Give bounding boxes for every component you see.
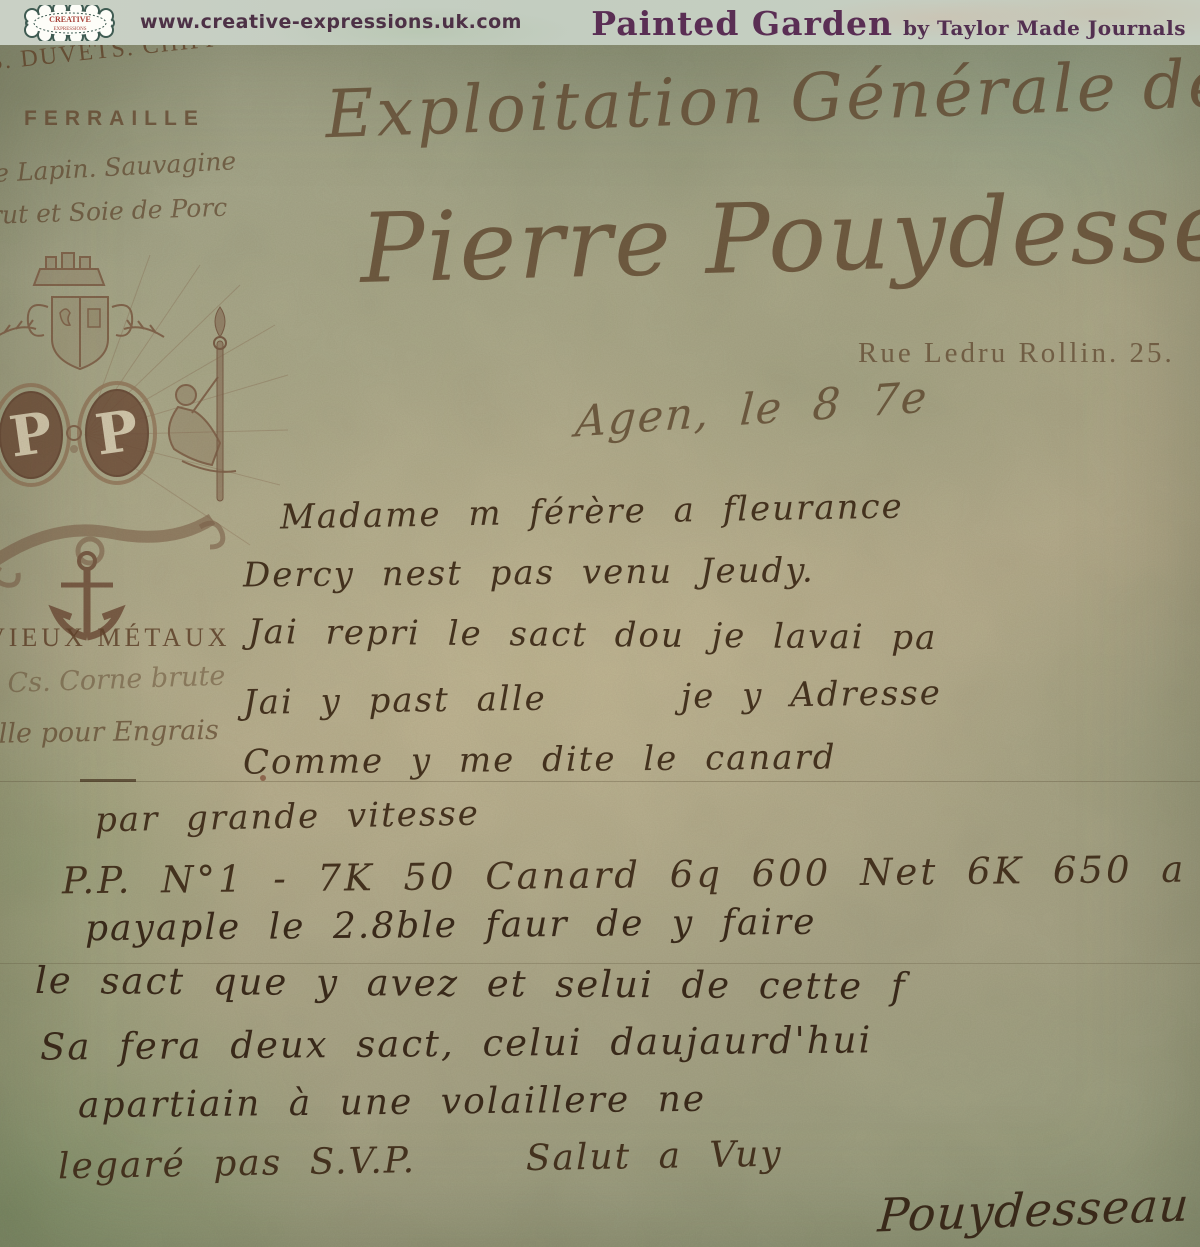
creative-expressions-logo-icon: CREATIVE EXPRESSIONS (18, 5, 122, 41)
letterhead-company-script: Exploitation Générale de Chiff (324, 45, 1200, 153)
left-col-duvets-chiffons: S. DUVETS. CHIFFONS (0, 45, 275, 77)
header-bar: CREATIVE EXPRESSIONS www.creative-expres… (0, 0, 1200, 45)
letter-line: Madame m férère a fleurance (280, 487, 904, 538)
letter-line: Jai repri le sact dou je lavai pa (248, 612, 938, 658)
brand-block: Painted Garden by Taylor Made Journals (591, 0, 1186, 45)
letter-line: par grande vitesse (95, 794, 480, 841)
letter-line: Sa fera deux sact, celui daujaurd'hui (40, 1018, 873, 1068)
left-col-engrais: aille pour Engrais (0, 715, 219, 750)
logo-text-line2: EXPRESSIONS (53, 27, 86, 32)
left-col-corne-brute: re Cs. Corne brute (0, 661, 226, 701)
signature-handwriting: Pouydesseau (876, 1177, 1191, 1242)
letter-line: apartiain à une volaillere ne (78, 1079, 706, 1127)
product-title: Painted Garden (591, 6, 893, 42)
letter-line: Jai y past alle je y Adresse (243, 673, 942, 723)
ink-dash (80, 779, 136, 782)
paper-crease-line (0, 781, 1200, 782)
left-col-soie-de-porc: brut et Soie de Porc (0, 193, 228, 231)
website-url: www.creative-expressions.uk.com (140, 11, 522, 33)
left-col-lapin-sauvagine: de Lapin. Sauvagine (0, 146, 237, 188)
letter-line: P.P. N°1 - 7K 50 Canard 6q 600 Net 6K 65… (62, 847, 1200, 903)
logo-text-line1: CREATIVE (49, 15, 91, 24)
product-byline: by Taylor Made Journals (903, 16, 1186, 40)
vintage-letter-paper: Exploitation Générale de Chiff Pierre Po… (0, 45, 1200, 1247)
letter-line: Comme y me dite le canard (243, 737, 837, 782)
letter-line: payaple le 2.8ble faur de y faire (85, 902, 817, 949)
left-col-vieux-metaux: VIEUX MÉTAUX (0, 623, 231, 653)
letter-line: le sact que y avez et selui de cette f (35, 959, 907, 1008)
left-col-ferraille: FERRAILLE (24, 107, 205, 131)
letter-line: legaré pas S.V.P. Salut a Vuy (58, 1134, 783, 1188)
letterhead-name-script: Pierre Pouydesseau (359, 167, 1200, 305)
letter-line: Dercy nest pas venu Jeudy. (243, 551, 815, 596)
letterhead-address: Rue Ledru Rollin. 25. (858, 337, 1175, 370)
date-line-handwriting: Agen, le 8 7e (574, 372, 930, 447)
scrapbook-paper-product-image: CREATIVE EXPRESSIONS www.creative-expres… (0, 0, 1200, 1247)
